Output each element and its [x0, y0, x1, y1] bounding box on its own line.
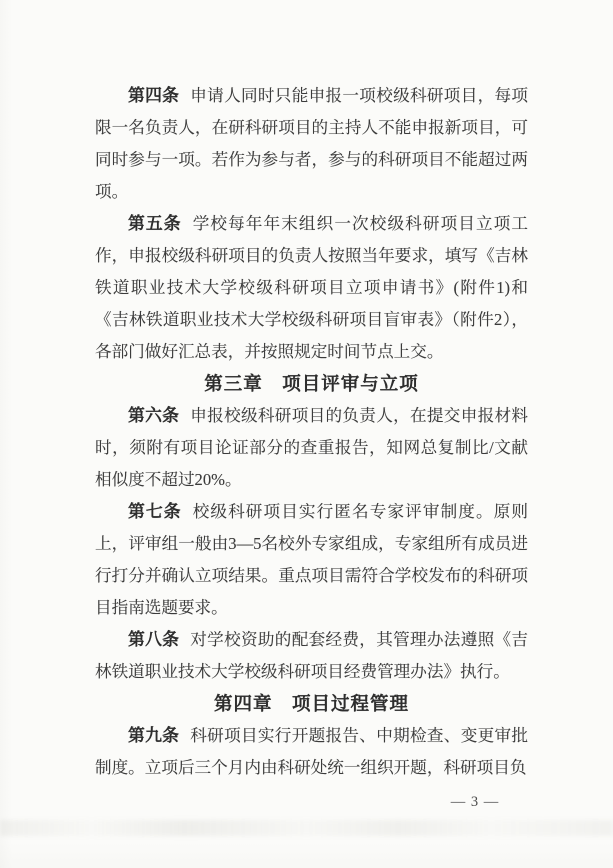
article-paragraph: 第九条科研项目实行开题报告、中期检查、变更审批制度。立项后三个月内由科研处统一组…	[95, 720, 528, 784]
scan-artifact-band	[0, 820, 613, 836]
page-number: — 3 —	[428, 794, 522, 811]
article-paragraph: 第五条学校每年年末组织一次校级科研项目立项工作，申报校级科研项目的负责人按照当年…	[95, 208, 528, 368]
article-paragraph: 第六条申报校级科研项目的负责人，在提交申报材料时，须附有项目论证部分的查重报告，…	[95, 400, 528, 496]
article-text: 学校每年年末组织一次校级科研项目立项工作，申报校级科研项目的负责人按照当年要求，…	[95, 214, 528, 361]
article-paragraph: 第八条对学校资助的配套经费，其管理办法遵照《吉林铁道职业技术大学校级科研项目经费…	[95, 624, 528, 688]
article-paragraph: 第七条校级科研项目实行匿名专家评审制度。原则上，评审组一般由3—5名校外专家组成…	[95, 496, 528, 624]
article-number: 第五条	[128, 214, 182, 233]
article-number: 第七条	[128, 502, 182, 521]
article-number: 第四条	[128, 86, 179, 105]
article-paragraph: 第四条申请人同时只能申报一项校级科研项目，每项限一名负责人，在研科研项目的主持人…	[95, 80, 528, 208]
chapter-heading: 第四章 项目过程管理	[95, 688, 528, 720]
article-number: 第八条	[128, 630, 179, 649]
document-content: 第四条申请人同时只能申报一项校级科研项目，每项限一名负责人，在研科研项目的主持人…	[95, 80, 528, 784]
document-page: 第四条申请人同时只能申报一项校级科研项目，每项限一名负责人，在研科研项目的主持人…	[0, 0, 613, 868]
chapter-heading: 第三章 项目评审与立项	[95, 368, 528, 400]
article-number: 第九条	[128, 726, 179, 745]
article-number: 第六条	[128, 406, 179, 425]
